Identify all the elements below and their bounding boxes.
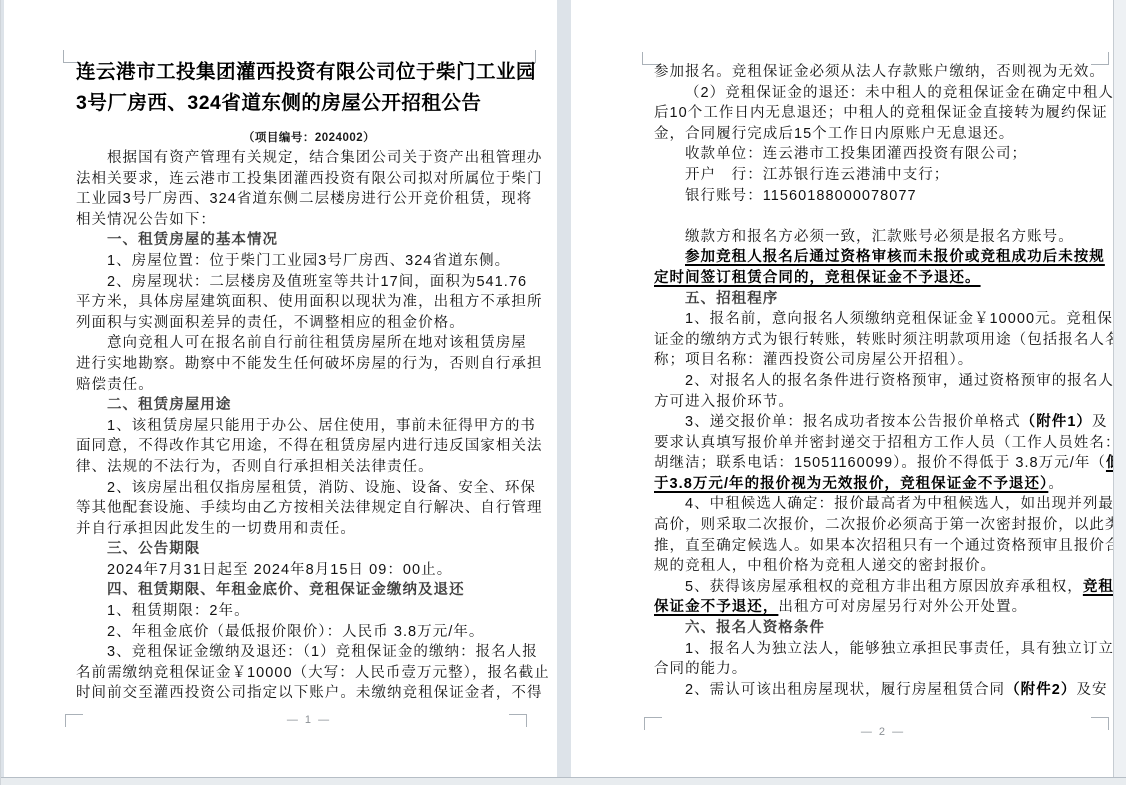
document-title: 连云港市工投集团灌西投资有限公司位于柴门工业园 3号厂房西、324省道东侧的房屋…	[76, 57, 546, 119]
text-line: 胡继洁；联系电话：15051160099）。报价不得低于 3.8万元/年（低	[654, 453, 1112, 474]
text-segment: 及	[1092, 414, 1108, 430]
text-line: 1、租赁期限：2年。	[76, 601, 546, 622]
window-bottom-edge	[1, 777, 1126, 785]
text-segment: 参加竞租人报名后通过资格审核而未报价或竞租成功后未按规	[685, 249, 1105, 265]
text-segment: 进行实地勘察。勘察中不能发生任何破坏房屋的行为，否则自行承担	[76, 356, 543, 372]
text-segment: 五、招租程序	[685, 291, 778, 307]
text-segment: 金，合同履行完成后15个工作日内原账户无息退还。	[654, 126, 1014, 142]
text-line: （2）竞租保证金的退还：未中租人的竞租保证金在确定中租人	[654, 83, 1112, 104]
text-line: 后10个工作日内无息退还；中租人的竞租保证金直接转为履约保证	[654, 103, 1112, 124]
text-segment: 1、报名前，意向报名人须缴纳竞租保证金￥10000元。竞租保	[685, 311, 1113, 327]
text-line: 2、房屋现状：二层楼房及值班室等共计17间，面积为541.76	[76, 272, 546, 293]
text-segment: 方可进入报价环节。	[654, 394, 794, 410]
text-line: 并自行承担因此发生的一切费用和责任。	[76, 519, 546, 540]
text-segment: 于3.8万元/年的报价视为无效报价，竞租保证金不予退还）	[654, 476, 1048, 492]
text-segment: 六、报名人资格条件	[685, 620, 825, 636]
text-line: 3、竞租保证金缴纳及退还：（1）竞租保证金的缴纳：报名人报	[76, 642, 546, 663]
text-line: 六、报名人资格条件	[654, 618, 1112, 639]
text-line: 金，合同履行完成后15个工作日内原账户无息退还。	[654, 124, 1112, 145]
text-segment: 律、法规的不法行为，否则自行承担相关法律责任。	[76, 459, 434, 475]
text-segment: 及安	[1076, 682, 1107, 698]
text-line: 2、年租金底价（最低报价限价）：人民币 3.8万元/年。	[76, 622, 546, 643]
text-segment: 5、获得该房屋承租权的竞租方非出租方原因放弃承租权，	[685, 579, 1083, 595]
text-segment: 保证金不予退还，	[654, 599, 778, 615]
text-line: 时间前交至灌西投资公司指定以下账户。未缴纳竞租保证金者，不得	[76, 683, 546, 704]
text-line: 2、对报名人的报名条件进行资格预审，通过资格预审的报名人，	[654, 371, 1112, 392]
text-line: 证金的缴纳方式为银行转账，转账时须注明款项用途（包括报名人名	[654, 330, 1112, 351]
text-line: 1、该租赁房屋只能用于办公、居住使用，事前未征得甲方的书	[76, 416, 546, 437]
page-1-lines: 根据国有资产管理有关规定，结合集团公司关于资产出租管理办法相关要求，连云港市工投…	[76, 148, 546, 704]
text-segment: 称；项目名称：灌西投资公司房屋公开招租）。	[654, 352, 973, 368]
text-line: 2024年7月31日起至 2024年8月15日 09：00止。	[76, 560, 546, 581]
text-segment: 合同的能力。	[654, 661, 747, 677]
text-segment: （附件1）	[1021, 414, 1092, 430]
text-segment: 高价，则采取二次报价，二次报价必须高于第一次密封报价，以此类	[654, 517, 1113, 533]
text-segment: 列面积与实测面积差异的责任，不调整相应的租金价格。	[76, 315, 465, 331]
text-segment: 三、公告期限	[107, 541, 200, 557]
text-line: 高价，则采取二次报价，二次报价必须高于第一次密封报价，以此类	[654, 515, 1112, 536]
text-segment: 法相关要求，连云港市工投集团灌西投资有限公司拟对所属位于柴门	[76, 171, 543, 187]
text-line: 律、法规的不法行为，否则自行承担相关法律责任。	[76, 457, 546, 478]
text-line: 银行账号：11560188000078077	[654, 186, 1112, 207]
text-segment: 1、该租赁房屋只能用于办公、居住使用，事前未征得甲方的书	[107, 418, 536, 434]
text-line: 4、中租候选人确定：报价最高者为中租候选人，如出现并列最	[654, 494, 1112, 515]
text-segment: 收款单位：连云港市工投集团灌西投资有限公司；	[685, 146, 1027, 162]
text-line: 名前需缴纳竞租保证金￥10000（大写：人民币壹万元整），报名截止	[76, 663, 546, 684]
title-line-1: 连云港市工投集团灌西投资有限公司位于柴门工业园	[76, 57, 546, 88]
text-segment: 证金的缴纳方式为银行转账，转账时须注明款项用途（包括报名人名	[654, 332, 1113, 348]
text-line: 要求认真填写报价单并密封递交于招租方工作人员（工作人员姓名：	[654, 433, 1112, 454]
text-line: 缴款方和报名方必须一致，汇款账号必须是报名方账号。	[654, 227, 1112, 248]
text-line: 3、递交报价单：报名成功者按本公告报价单格式（附件1）及	[654, 412, 1112, 433]
title-line-2: 3号厂房西、324省道东侧的房屋公开招租公告	[76, 88, 546, 119]
text-segment: 2、年租金底价（最低报价限价）：人民币 3.8万元/年。	[107, 624, 484, 640]
text-line: 2、该房屋出租仅指房屋租赁，消防、设施、设备、安全、环保	[76, 478, 546, 499]
text-segment: 银行账号：11560188000078077	[685, 188, 917, 204]
text-line: 赔偿责任。	[76, 375, 546, 396]
text-segment: 4、中租候选人确定：报价最高者为中租候选人，如出现并列最	[685, 496, 1113, 512]
text-line: 工业园3号厂房西、324省道东侧二层楼房进行公开竞价租赁，现将	[76, 189, 546, 210]
text-line: 保证金不予退还，出租方可对房屋另行对外公开处置。	[654, 597, 1112, 618]
text-segment: 面同意，不得改作其它用途，不得在租赁房屋内进行违反国家相关法	[76, 438, 543, 454]
text-segment: 一、租赁房屋的基本情况	[107, 232, 278, 248]
text-segment: 赔偿责任。	[76, 377, 154, 393]
document-viewer: 连云港市工投集团灌西投资有限公司位于柴门工业园 3号厂房西、324省道东侧的房屋…	[0, 0, 1126, 785]
text-line: 二、租赁房屋用途	[76, 395, 546, 416]
text-line: 1、报名前，意向报名人须缴纳竞租保证金￥10000元。竞租保	[654, 309, 1112, 330]
text-segment: 并自行承担因此发生的一切费用和责任。	[76, 521, 356, 537]
text-segment: 3、递交报价单：报名成功者按本公告报价单格式	[685, 414, 1021, 430]
text-segment: （2）竞租保证金的退还：未中租人的竞租保证金在确定中租人	[685, 85, 1113, 101]
text-line: 1、报名人为独立法人，能够独立承担民事责任，具有独立订立	[654, 639, 1112, 660]
text-line: 2、需认可该出租房屋现状，履行房屋租赁合同（附件2）及安	[654, 680, 1112, 701]
text-segment: 3、竞租保证金缴纳及退还：（1）竞租保证金的缴纳：报名人报	[107, 644, 538, 660]
page-2-number: — 2 —	[654, 726, 1112, 738]
text-segment: 低	[1106, 455, 1113, 471]
text-line: 称；项目名称：灌西投资公司房屋公开招租）。	[654, 350, 1112, 371]
text-segment: 名前需缴纳竞租保证金￥10000（大写：人民币壹万元整），报名截止	[76, 665, 550, 681]
text-segment: 1、报名人为独立法人，能够独立承担民事责任，具有独立订立	[685, 641, 1113, 657]
text-line: 规的竞租人，中租价格为竞租人递交的密封报价。	[654, 556, 1112, 577]
text-line: 根据国有资产管理有关规定，结合集团公司关于资产出租管理办	[76, 148, 546, 169]
text-segment: 相关情况公告如下：	[76, 212, 216, 228]
page-2[interactable]: 参加报名。竞租保证金必须从法人存款账户缴纳，否则视为无效。（2）竞租保证金的退还…	[571, 0, 1113, 777]
text-segment: 推，直至确定候选人。如果本次招租只有一个通过资格预审且报价合	[654, 538, 1113, 554]
text-segment: 时间前交至灌西投资公司指定以下账户。未缴纳竞租保证金者，不得	[76, 685, 543, 701]
text-line: 方可进入报价环节。	[654, 392, 1112, 413]
text-segment: 后10个工作日内无息退还；中租人的竞租保证金直接转为履约保证	[654, 105, 1108, 121]
page-1-number: — 1 —	[76, 714, 542, 726]
text-line: 四、租赁期限、年租金底价、竞租保证金缴纳及退还	[76, 580, 546, 601]
text-segment: 要求认真填写报价单并密封递交于招租方工作人员（工作人员姓名：	[654, 435, 1113, 451]
text-segment: 定时间签订租赁合同的，竞租保证金不予退还。	[654, 270, 981, 286]
text-line: 参加竞租人报名后通过资格审核而未报价或竞租成功后未按规	[654, 247, 1112, 268]
text-line: 平方米，具体房屋建筑面积、使用面积以现状为准，出租方不承担所	[76, 292, 546, 313]
page-1[interactable]: 连云港市工投集团灌西投资有限公司位于柴门工业园 3号厂房西、324省道东侧的房屋…	[4, 0, 557, 777]
text-segment: 规的竞租人，中租价格为竞租人递交的密封报价。	[654, 558, 996, 574]
text-segment: 参加报名。竞租保证金必须从法人存款账户缴纳，否则视为无效。	[654, 64, 1105, 80]
text-segment: 等其他配套设施、手续均由乙方按相关法律规定自行解决、自行管理	[76, 500, 543, 516]
text-segment: 缴款方和报名方必须一致，汇款账号必须是报名方账号。	[685, 229, 1074, 245]
text-segment: 2、房屋现状：二层楼房及值班室等共计17间，面积为541.76	[107, 274, 527, 290]
page-gap	[557, 0, 571, 777]
text-segment: 竞租	[1083, 579, 1113, 595]
text-segment: 四、租赁期限、年租金底价、竞租保证金缴纳及退还	[107, 582, 465, 598]
text-line	[654, 206, 1112, 227]
text-segment: 1、租赁期限：2年。	[107, 603, 250, 619]
text-line: 五、招租程序	[654, 289, 1112, 310]
text-line: 列面积与实测面积差异的责任，不调整相应的租金价格。	[76, 313, 546, 334]
text-segment: 2、对报名人的报名条件进行资格预审，通过资格预审的报名人，	[685, 373, 1113, 389]
text-line: 5、获得该房屋承租权的竞租方非出租方原因放弃承租权，竞租	[654, 577, 1112, 598]
project-number: （项目编号：2024002）	[76, 129, 542, 145]
text-segment: 出租方可对房屋另行对外公开处置。	[778, 599, 1027, 615]
text-line: 进行实地勘察。勘察中不能发生任何破坏房屋的行为，否则自行承担	[76, 354, 546, 375]
page-2-lines: 参加报名。竞租保证金必须从法人存款账户缴纳，否则视为无效。（2）竞租保证金的退还…	[654, 62, 1112, 700]
text-line: 于3.8万元/年的报价视为无效报价，竞租保证金不予退还）。	[654, 474, 1112, 495]
text-segment: （附件2）	[1005, 682, 1076, 698]
text-segment: 工业园3号厂房西、324省道东侧二层楼房进行公开竞价租赁，现将	[76, 191, 532, 207]
text-line: 三、公告期限	[76, 539, 546, 560]
text-segment: 。	[1048, 476, 1064, 492]
text-segment: 平方米，具体房屋建筑面积、使用面积以现状为准，出租方不承担所	[76, 294, 543, 310]
text-line: 1、房屋位置：位于柴门工业园3号厂房西、324省道东侧。	[76, 251, 546, 272]
text-line: 开户 行：江苏银行连云港浦中支行；	[654, 165, 1112, 186]
text-line: 合同的能力。	[654, 659, 1112, 680]
text-line: 推，直至确定候选人。如果本次招租只有一个通过资格预审且报价合	[654, 536, 1112, 557]
text-segment: 开户 行：江苏银行连云港浦中支行；	[685, 167, 949, 183]
text-segment: 根据国有资产管理有关规定，结合集团公司关于资产出租管理办	[107, 150, 542, 166]
text-segment: 2024年7月31日起至 2024年8月15日 09：00止。	[107, 562, 452, 578]
text-line: 参加报名。竞租保证金必须从法人存款账户缴纳，否则视为无效。	[654, 62, 1112, 83]
text-line: 等其他配套设施、手续均由乙方按相关法律规定自行解决、自行管理	[76, 498, 546, 519]
text-segment: 1、房屋位置：位于柴门工业园3号厂房西、324省道东侧。	[107, 253, 510, 269]
text-line: 一、租赁房屋的基本情况	[76, 230, 546, 251]
text-segment: 2、需认可该出租房屋现状，履行房屋租赁合同	[685, 682, 1005, 698]
text-segment: 二、租赁房屋用途	[107, 397, 231, 413]
text-line: 收款单位：连云港市工投集团灌西投资有限公司；	[654, 144, 1112, 165]
text-line: 相关情况公告如下：	[76, 210, 546, 231]
text-segment: 2、该房屋出租仅指房屋租赁，消防、设施、设备、安全、环保	[107, 480, 536, 496]
window-right-edge	[1113, 0, 1126, 777]
text-segment: 意向竞租人可在报名前自行前往租赁房屋所在地对该租赁房屋	[107, 335, 527, 351]
text-line: 面同意，不得改作其它用途，不得在租赁房屋内进行违反国家相关法	[76, 436, 546, 457]
text-line: 定时间签订租赁合同的，竞租保证金不予退还。	[654, 268, 1112, 289]
text-line: 法相关要求，连云港市工投集团灌西投资有限公司拟对所属位于柴门	[76, 169, 546, 190]
text-segment: 胡继洁；联系电话：15051160099）。报价不得低于 3.8万元/年（	[654, 455, 1106, 471]
text-line: 意向竞租人可在报名前自行前往租赁房屋所在地对该租赁房屋	[76, 333, 546, 354]
